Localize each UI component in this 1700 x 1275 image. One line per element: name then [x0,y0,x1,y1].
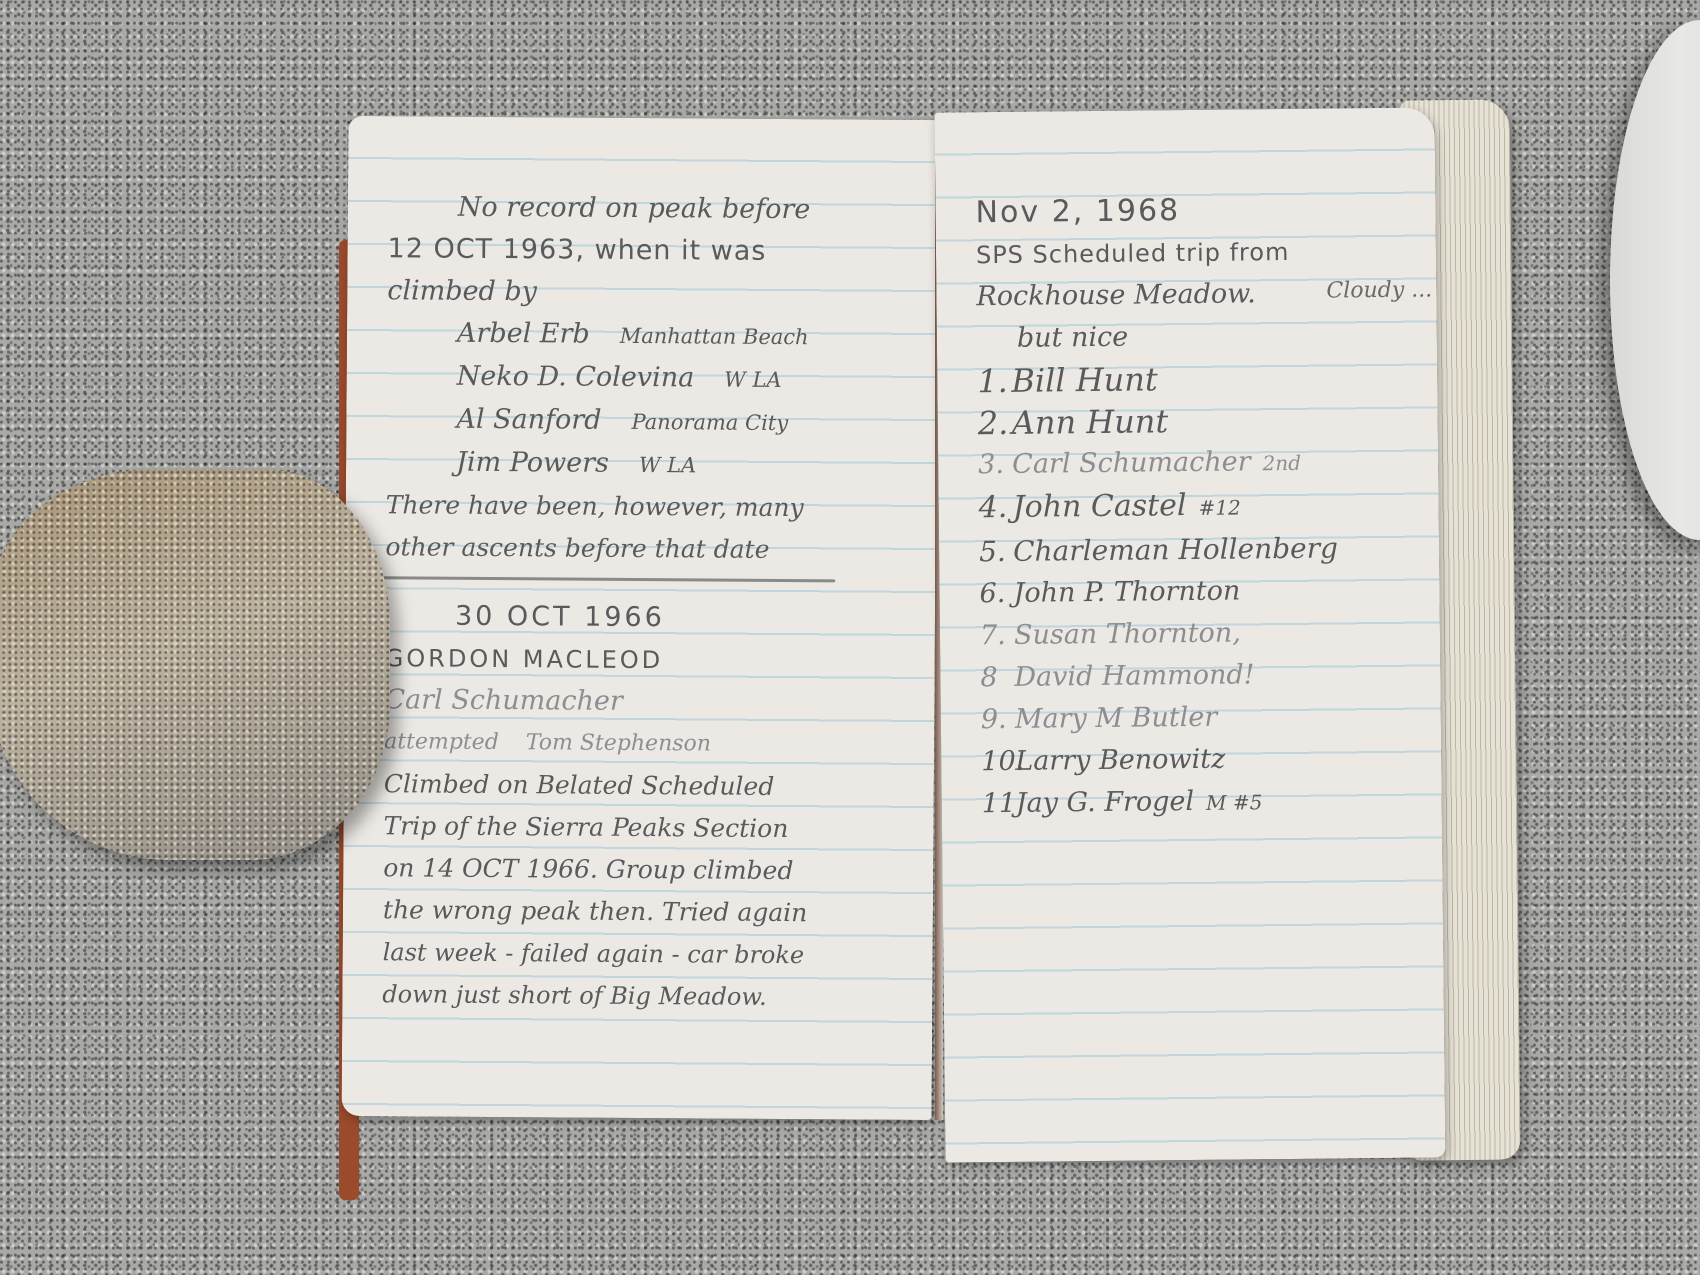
row-number: 2. [978,402,1012,444]
entry-name: Tom Stephenson [506,730,711,756]
row-number: 4. [978,487,1012,529]
entry-date: 30 OCT 1966 [385,595,905,641]
climber-name: Carl Schumacher [1012,446,1251,479]
climber-tag: 2nd [1262,451,1301,475]
climber-name: Bill Hunt [1011,360,1158,400]
climber-row: 1.Bill Hunt [977,356,1417,403]
climber-name: Arbel Erb [457,318,590,350]
summit-register-notebook: No record on peak before 12 OCT 1963, wh… [345,100,1520,1170]
climber-row: 3.Carl Schumacher2nd [978,440,1418,488]
weather-note: Cloudy ... [1326,277,1432,303]
entry-date: Nov 2, 1968 [975,188,1415,235]
climber-name: John Castel [1012,488,1186,525]
climber-row: 5.Charleman Hollenberg [979,527,1419,574]
row-number: 5. [979,531,1013,573]
climber-name: Susan Thornton, [1014,617,1241,650]
granite-rock [0,470,390,860]
climber-name: Jim Powers [456,447,609,479]
row-number: 8 [980,657,1014,699]
entry-text: down just short of Big Meadow. [382,973,902,1019]
climber-tag: #12 [1198,495,1240,519]
note-line: There have been, however, many [386,484,906,530]
climber-location: W LA [609,453,697,478]
right-page: Nov 2, 1968 SPS Scheduled trip from Rock… [935,107,1446,1162]
climber-name: David Hammond! [1014,659,1254,693]
climber-location: Manhattan Beach [590,324,809,350]
entry-text: Climbed on Belated Scheduled [384,763,904,809]
climber-row: 11Jay G. FrogelM #5 [982,779,1422,827]
climber-1963: Arbel ErbManhattan Beach [387,312,907,359]
climber-name: Mary M Butler [1015,702,1218,735]
intro-line: climbed by [387,270,907,316]
entry-text: on 14 OCT 1966. Group climbed [383,847,903,893]
entry-divider [375,576,835,582]
climber-tag: M #5 [1206,790,1263,815]
intro-line: No record on peak before [388,186,908,232]
climber-row: 4.John Castel#12 [978,483,1418,532]
entry-name: GORDON MACLEOD [385,637,905,683]
climber-1963: Neko D. ColevinaW LA [387,355,907,402]
climber-row: 8David Hammond! [980,653,1420,700]
margin-note: attempted [384,729,499,755]
row-number: 10. [981,741,1015,783]
climber-row: 9.Mary M Butler [981,695,1421,742]
climber-name: Larry Benowitz [1015,744,1225,777]
register-canister [1610,20,1700,540]
climber-row: 7.Susan Thornton, [980,611,1420,658]
climber-1963: Jim PowersW LA [386,441,906,488]
entry-name-row: attempted Tom Stephenson [384,721,904,767]
climber-name: Charleman Hollenberg [1013,531,1338,567]
climber-name: Jay G. Frogel [1016,786,1195,819]
climber-location: Panorama City [601,410,788,435]
left-page: No record on peak before 12 OCT 1963, wh… [342,116,939,1120]
intro-line: 12 OCT 1963, when it was [387,228,907,274]
climber-row: 6.John P. Thornton [979,569,1419,616]
climber-row: 10.Larry Benowitz [981,737,1421,784]
climber-row: 2.Ann Hunt [978,398,1418,445]
entry-text: Trip of the Sierra Peaks Section [383,805,903,851]
row-number: 11 [982,783,1016,825]
climber-1963: Al SanfordPanorama City [386,398,906,445]
climber-name: Ann Hunt [1012,402,1169,442]
note-line: other ascents before that date [385,526,905,572]
header-line: SPS Scheduled trip from [976,230,1416,277]
climber-name: John P. Thornton [1013,575,1240,608]
climber-location: W LA [694,367,782,392]
row-number: 6. [979,573,1013,615]
row-number: 9. [981,699,1015,741]
climber-name: Neko D. Colevina [457,361,695,394]
header-line: but nice [977,314,1417,361]
climber-name: Al Sanford [456,404,601,436]
row-number: 1. [977,360,1011,402]
row-number: 7. [980,615,1014,657]
entry-text: last week - failed again - car broke [383,931,903,977]
row-number: 3. [978,444,1012,486]
entry-text: the wrong peak then. Tried again [383,889,903,935]
entry-name: Carl Schumacher [384,679,904,725]
